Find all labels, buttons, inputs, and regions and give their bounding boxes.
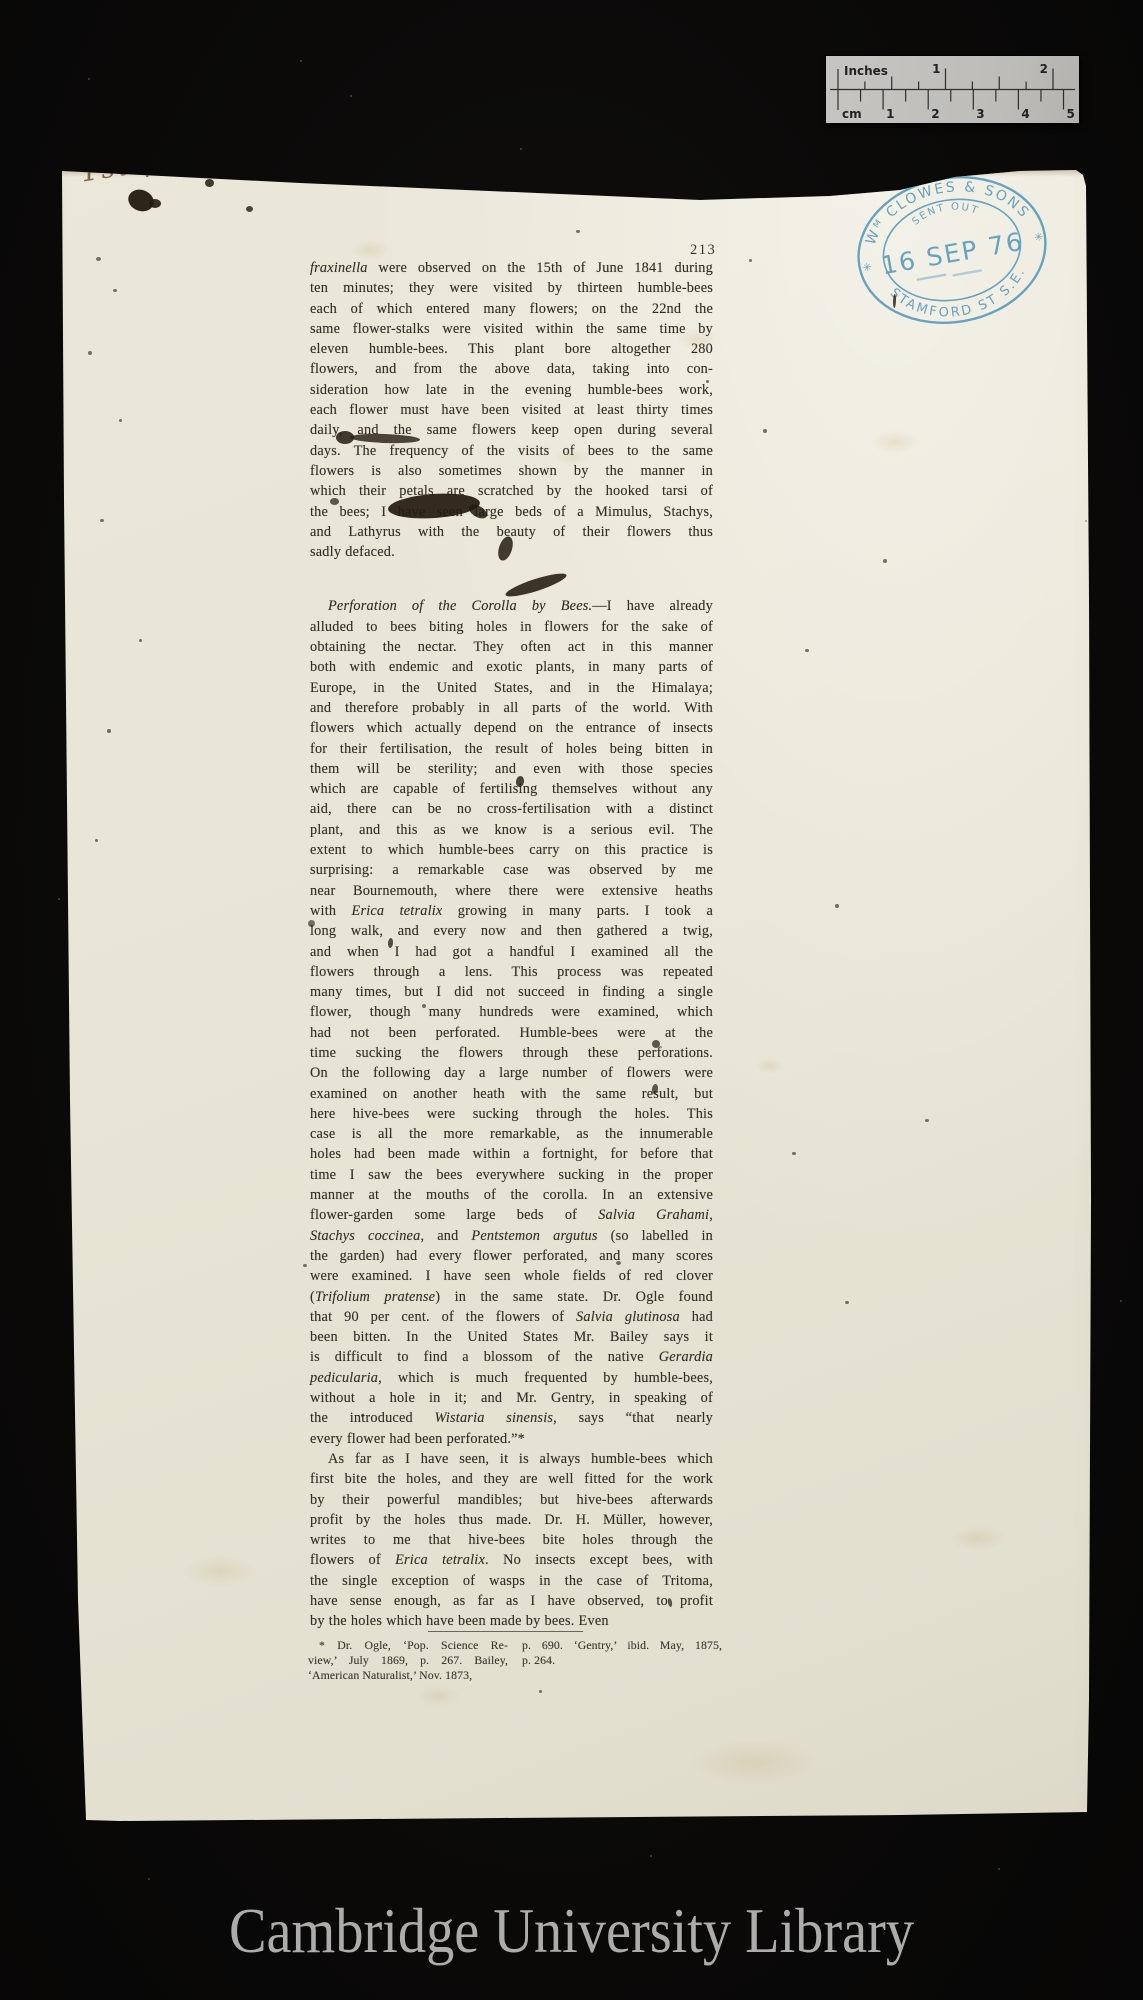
- foxing-stain: [870, 430, 920, 454]
- printer-date-stamp: Wᴹ CLOWES & SONS SENT OUT 16 SEP 76 STAM…: [839, 152, 1064, 348]
- foxing-stain: [630, 120, 730, 165]
- ink-blot: [149, 199, 161, 208]
- ink-blot: [107, 729, 111, 733]
- text-line: As far as I have seen, it is always humb…: [310, 1449, 713, 1469]
- paragraph-3: As far as I have seen, it is always humb…: [310, 1449, 713, 1632]
- stamp-smudge-mark: [916, 273, 946, 281]
- foxing-stain: [185, 1555, 255, 1587]
- text-line: many times, but I did not succeed in fin…: [310, 982, 713, 1002]
- text-line: case is all the more remarkable, as the …: [310, 1124, 713, 1144]
- ink-blot: [139, 639, 142, 642]
- svg-text:2: 2: [1040, 62, 1048, 76]
- stamp-date-text: 16 SEP 76: [879, 227, 1026, 281]
- ink-blot: [616, 1261, 621, 1265]
- ink-blot: [95, 839, 98, 842]
- paper-top-edge-shading: [58, 168, 1088, 177]
- text-line: ‘American Naturalist,’ Nov. 1873,: [308, 1668, 508, 1683]
- paragraph-2: Perforation of the Corolla by Bees.—I ha…: [310, 596, 713, 1448]
- text-line: * Dr. Ogle, ‘Pop. Science Re-: [308, 1638, 508, 1653]
- text-line: and when I had got a handful I examined …: [310, 942, 713, 962]
- text-line: same flower-stalks were visited within t…: [310, 319, 713, 339]
- ink-blot: [749, 259, 752, 262]
- text-line: first bite the holes, and they are well …: [310, 1469, 713, 1489]
- text-line: each of which entered many flowers; on t…: [310, 299, 713, 319]
- text-line: without a hole in it; and Mr. Gentry, in…: [310, 1388, 713, 1408]
- text-line: profit by the holes thus made. Dr. H. Mü…: [310, 1510, 713, 1530]
- text-line: manner at the mouths of the corolla. In …: [310, 1185, 713, 1205]
- scale-ruler: 1212345Inchescm: [826, 56, 1079, 123]
- text-line: with Erica tetralix growing in many part…: [310, 901, 713, 921]
- ink-blot: [925, 1119, 929, 1122]
- stamp-star-right-icon: ✳: [1033, 230, 1044, 244]
- text-line: each flower must have been visited at le…: [310, 400, 713, 420]
- ink-blot: [330, 498, 339, 505]
- ink-blot: [835, 904, 839, 908]
- paragraph-1: fraxinella were observed on the 15th of …: [310, 258, 713, 562]
- text-line: near Bournemouth, where there were exten…: [310, 881, 713, 901]
- svg-text:cm: cm: [842, 107, 862, 121]
- svg-text:Inches: Inches: [844, 64, 888, 78]
- foxing-stain: [676, 328, 718, 350]
- stamp-star-left-icon: ✳: [862, 260, 873, 274]
- text-line: flowers is also sometimes shown by the m…: [310, 461, 713, 481]
- text-line: sideration how late in the evening humbl…: [310, 380, 713, 400]
- text-line: for their fertilisation, the result of h…: [310, 739, 713, 759]
- foxing-stain: [756, 1058, 784, 1074]
- text-line: which their petals are scratched by the …: [310, 481, 713, 501]
- ink-blot: [539, 1690, 542, 1693]
- library-watermark-text: Cambridge University Library: [69, 1894, 1075, 1968]
- body-text: fraxinella were observed on the 15th of …: [310, 258, 713, 1632]
- ink-blot: [246, 206, 253, 212]
- ink-blot: [308, 920, 315, 927]
- dust-speck: [1120, 1300, 1122, 1302]
- dust-speck: [650, 1855, 652, 1857]
- ink-blot: [303, 1264, 307, 1267]
- text-line: the single exception of wasps in the cas…: [310, 1571, 713, 1591]
- ink-blot: [792, 1152, 796, 1155]
- ink-blot: [119, 419, 122, 422]
- svg-text:3: 3: [976, 107, 984, 121]
- ink-blot: [763, 429, 767, 433]
- text-line: them will be sterility; and even with th…: [310, 759, 713, 779]
- text-line: flowers of Erica tetralix. No insects ex…: [310, 1550, 713, 1570]
- text-line: days. The frequency of the visits of bee…: [310, 441, 713, 461]
- ink-blot: [845, 1301, 849, 1304]
- foxing-stain: [950, 1525, 1005, 1551]
- ink-blot: [205, 179, 214, 187]
- dust-speck: [998, 1868, 1000, 1870]
- footnote-column-1: * Dr. Ogle, ‘Pop. Science Re-view,’ July…: [308, 1638, 508, 1683]
- text-line: flower-garden some large beds of Salvia …: [310, 1205, 713, 1225]
- text-line: been bitten. In the United States Mr. Ba…: [310, 1327, 713, 1347]
- document-paper: 1st proof 213 fraxinella were observed o…: [0, 0, 1143, 2000]
- text-line: flowers through a lens. This process was…: [310, 962, 713, 982]
- ink-blot: [88, 351, 92, 355]
- ink-blot: [805, 649, 809, 652]
- text-line: p. 264.: [522, 1653, 722, 1668]
- svg-text:5: 5: [1067, 107, 1075, 121]
- page-number: 213: [690, 242, 716, 259]
- text-line: Stachys coccinea, and Pentstemon argutus…: [310, 1226, 713, 1246]
- foxing-stain: [690, 1740, 820, 1785]
- text-line: and therefore probably in all parts of t…: [310, 698, 713, 718]
- text-line: here hive-bees were sucking through the …: [310, 1104, 713, 1124]
- foxing-stain: [415, 1685, 460, 1707]
- ink-blot: [100, 519, 104, 522]
- text-line: by the holes which have been made by bee…: [310, 1611, 713, 1631]
- ruler-ticks: 1212345Inchescm: [826, 56, 1079, 123]
- text-line: aid, there can be no cross-fertilisation…: [310, 799, 713, 819]
- footnote-column-2: p. 690. ‘Gentry,’ ibid. May, 1875,p. 264…: [522, 1638, 722, 1668]
- foxing-stain: [556, 448, 590, 466]
- text-line: ten minutes; they were visited by thirte…: [310, 278, 713, 298]
- text-line: the bees; I have seen large beds of a Mi…: [310, 502, 713, 522]
- text-line: that 90 per cent. of the flowers of Salv…: [310, 1307, 713, 1327]
- text-line: were examined. I have seen whole fields …: [310, 1266, 713, 1286]
- text-line: fraxinella were observed on the 15th of …: [310, 258, 713, 278]
- text-line: alluded to bees biting holes in flowers …: [310, 617, 713, 637]
- text-line: the garden) had every flower perforated,…: [310, 1246, 713, 1266]
- text-line: On the following day a large number of f…: [310, 1063, 713, 1083]
- text-line: by their powerful mandibles; but hive-be…: [310, 1490, 713, 1510]
- ink-blot: [883, 559, 887, 563]
- svg-text:1: 1: [886, 107, 894, 121]
- dust-speck: [300, 60, 302, 62]
- text-line: plant, and this as we know is a serious …: [310, 820, 713, 840]
- text-line: pedicularia, which is much frequented by…: [310, 1368, 713, 1388]
- text-line: obtaining the nectar. They often act in …: [310, 637, 713, 657]
- dust-speck: [1085, 520, 1087, 522]
- ink-blot: [576, 230, 580, 233]
- ink-blot: [361, 1414, 364, 1417]
- text-line: every flower had been perforated.”*: [310, 1429, 713, 1449]
- dust-speck: [88, 78, 90, 80]
- dust-speck: [148, 1878, 150, 1880]
- text-line: (Trifolium pratense) in the same state. …: [310, 1287, 713, 1307]
- dust-speck: [350, 95, 352, 97]
- stamp-smudge-mark: [952, 269, 982, 277]
- text-line: flowers, and from the above data, taking…: [310, 359, 713, 379]
- text-line: view,’ July 1869, p. 267. Bailey,: [308, 1653, 508, 1668]
- footnote-rule: [428, 1631, 583, 1632]
- text-line: the introduced Wistaria sinensis, says “…: [310, 1408, 713, 1428]
- text-line: Perforation of the Corolla by Bees.—I ha…: [310, 596, 713, 616]
- ink-blot: [113, 289, 117, 292]
- dust-speck: [520, 148, 522, 150]
- text-line: Europe, in the United States, and in the…: [310, 678, 713, 698]
- text-line: extent to which humble-bees carry on thi…: [310, 840, 713, 860]
- ink-blot: [652, 1040, 660, 1048]
- text-line: flower, though many hundreds were examin…: [310, 1002, 713, 1022]
- text-line: have sense enough, as far as I have obse…: [310, 1591, 713, 1611]
- ink-blot: [422, 1004, 426, 1008]
- text-line: both with endemic and exotic plants, in …: [310, 657, 713, 677]
- svg-text:1: 1: [932, 62, 940, 76]
- text-line: holes had been made within a fortnight, …: [310, 1144, 713, 1164]
- foxing-stain: [350, 240, 390, 260]
- scanned-page-scene: 1212345Inchescm 1st proof 213 fraxinella…: [0, 0, 1143, 2000]
- text-line: surprising: a remarkable case was observ…: [310, 860, 713, 880]
- text-line: flowers which actually depend on the ent…: [310, 718, 713, 738]
- ink-blot: [96, 257, 101, 261]
- text-line: eleven humble-bees. This plant bore alto…: [310, 339, 713, 359]
- text-line: p. 690. ‘Gentry,’ ibid. May, 1875,: [522, 1638, 722, 1653]
- text-line: is difficult to find a blossom of the na…: [310, 1347, 713, 1367]
- text-line: long walk, and every now and then gather…: [310, 921, 713, 941]
- dust-speck: [58, 898, 60, 900]
- text-line: time I saw the bees everywhere sucking i…: [310, 1165, 713, 1185]
- text-line: writes to me that hive-bees bite holes t…: [310, 1530, 713, 1550]
- ink-blot: [706, 380, 709, 383]
- svg-text:4: 4: [1021, 107, 1029, 121]
- svg-text:2: 2: [931, 107, 939, 121]
- text-line: which are capable of fertilising themsel…: [310, 779, 713, 799]
